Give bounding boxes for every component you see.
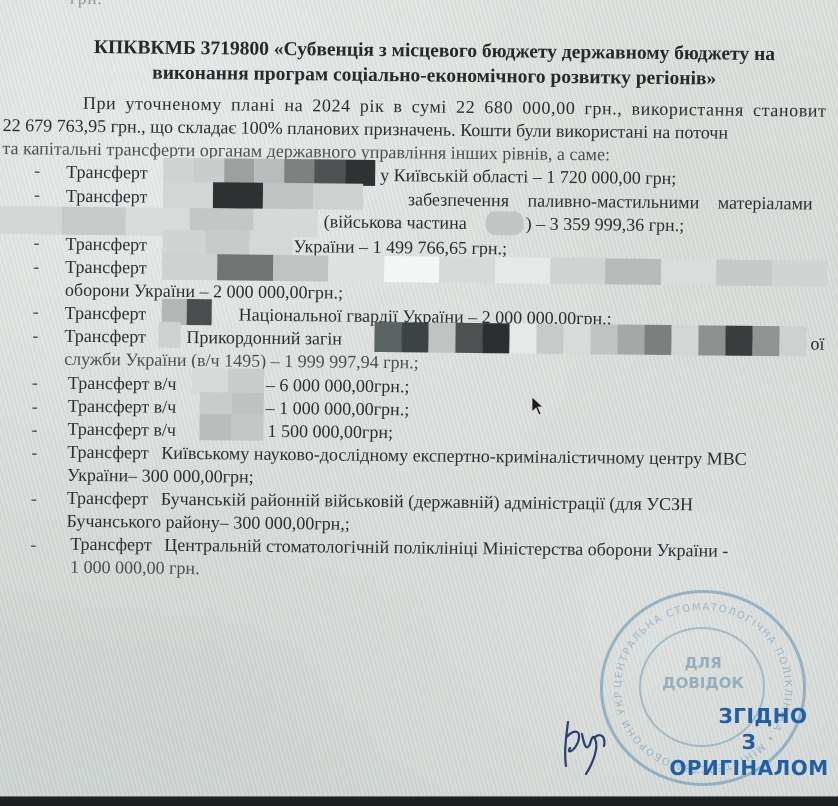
redacted-block [486, 211, 524, 235]
item-text-line2: України– 300 000,00грн; [67, 463, 254, 489]
bullet-dash: - [33, 301, 39, 322]
redacted-block [158, 322, 180, 348]
bullet-dash: - [33, 232, 39, 253]
redacted-block [192, 368, 264, 395]
section-title: КПКВКМБ 3719800 «Субвенція з місцевого б… [39, 34, 829, 92]
item-text: Прикордонний загін [186, 325, 342, 351]
certified-copy-seal: ЗГІДНО З ОРИГІНАЛОМ [660, 703, 838, 781]
item-prefix: Трансферт [65, 232, 147, 257]
stamp-center-line-1: ДЛЯ [633, 653, 773, 673]
item-prefix: Трансферт в/ч [68, 394, 177, 419]
bullet-dash: - [31, 419, 37, 440]
signature-icon [560, 708, 620, 778]
item-text: – 6 000 000,00грн.; [266, 373, 410, 399]
item-text: у Київській області – 1 720 000,00 грн; [380, 163, 676, 190]
item-text: – 1 000 000,00грн.; [266, 396, 410, 422]
bullet-dash: - [32, 325, 38, 346]
item-text-tail: ої [810, 332, 824, 356]
seal-line-1: ЗГІДНО [660, 703, 838, 729]
cut-off-previous-line: грн. [70, 0, 103, 9]
bullet-dash: - [33, 256, 39, 277]
bullet-dash: - [31, 442, 37, 463]
item-prefix: Трансферт [66, 184, 148, 209]
bullet-dash: - [34, 184, 40, 205]
bullet-dash: - [32, 396, 38, 417]
item-prefix: Трансферт [65, 301, 147, 326]
mouse-cursor-icon [531, 396, 545, 416]
item-prefix: Трансферт [67, 486, 149, 511]
item-prefix: Трансферт [65, 255, 147, 280]
item-text: Центральній стоматологічній поліклініці … [164, 533, 728, 563]
item-prefix: Трансферт в/ч [68, 371, 177, 396]
bullet-dash: - [30, 534, 36, 555]
item-prefix: Трансферт в/ч [67, 417, 176, 442]
redacted-block [163, 182, 363, 210]
item-text: 1 500 000,00грн; [267, 419, 393, 444]
stamp-center-text: ДЛЯ ДОВІДОК [633, 653, 773, 693]
monitor-screen: грн. КПКВКМБ 3719800 «Субвенція з місцев… [0, 0, 838, 796]
seal-line-2: З ОРИГІНАЛОМ [660, 729, 838, 781]
monitor-bezel [0, 796, 838, 806]
bullet-dash: - [34, 160, 40, 181]
document-page: грн. КПКВКМБ 3719800 «Субвенція з місцев… [0, 0, 838, 9]
item-prefix: Трансферт [67, 440, 149, 465]
redacted-block [199, 414, 263, 441]
bullet-dash: - [32, 372, 38, 393]
item-text: забезпечення паливно-мастильними матеріа… [408, 187, 813, 215]
item-amount-line2: ) – 3 359 999,36 грн.; [526, 212, 685, 238]
stamp-center-line-2: ДОВІДОК [633, 673, 773, 693]
redacted-block [374, 322, 806, 357]
item-text-line2: 1 000 000,00 грн. [70, 555, 200, 580]
item-text-line2: (військова частина [324, 209, 467, 234]
item-prefix: Трансферт [70, 532, 152, 557]
bullet-dash: - [31, 488, 37, 509]
item-prefix: Трансферт [66, 160, 148, 185]
item-prefix: Трансферт [64, 324, 146, 349]
